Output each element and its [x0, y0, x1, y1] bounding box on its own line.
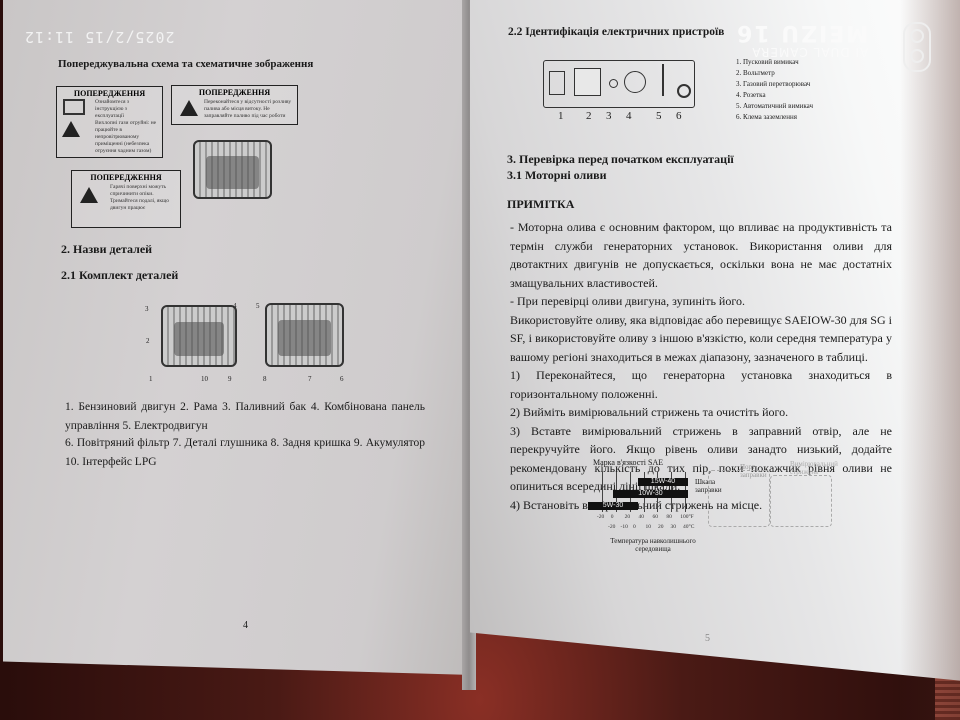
legend-item: 2. Вольтметр	[736, 69, 813, 77]
voltmeter-icon	[574, 68, 601, 96]
warning-title: ПОПЕРЕДЖЕННЯ	[57, 89, 162, 98]
callout-9: 9	[228, 375, 232, 383]
camera-tag: AI DUAL CAMERA	[735, 45, 868, 59]
legend-item: 3. Газовий перетворювач	[736, 80, 813, 88]
parts-list-1: 1. Бензиновий двигун 2. Рама 3. Паливний…	[65, 398, 425, 435]
panel-number: 1	[558, 110, 564, 122]
note-title: ПРИМІТКА	[507, 197, 574, 212]
callout-6: 6	[340, 375, 344, 383]
breaker-icon	[662, 64, 672, 96]
warning-text: Ознайомтеся з інструкцією з експлуатації	[95, 99, 157, 120]
paragraph: 2) Вийміть вимірювальний стрижень та очи…	[510, 403, 892, 422]
callout-2: 2	[146, 337, 150, 345]
callout-7: 7	[308, 375, 312, 383]
socket-icon	[624, 71, 646, 93]
warning-text: Переконайтеся у відсутності розливу пали…	[204, 99, 294, 120]
ground-terminal-icon	[677, 84, 691, 98]
book-icon	[63, 99, 85, 115]
dipstick-sketch	[770, 475, 832, 527]
panel-number: 4	[626, 110, 632, 122]
callout-8: 8	[263, 375, 267, 383]
warning-heading: Попереджувальна схема та схематичне зобр…	[58, 58, 313, 70]
warning-text: Гарячі поверхні можуть спричинити опіки.…	[110, 184, 175, 212]
left-page: Попереджувальна схема та схематичне зобр…	[3, 0, 473, 675]
start-switch-icon	[549, 71, 565, 95]
legend-item: 6. Клема заземлення	[736, 113, 813, 121]
legend-item: 5. Автоматичний вимикач	[736, 102, 813, 110]
camera-watermark: AI DUAL CAMERA MEIZU 16	[735, 20, 868, 59]
section-title: 2. Назви деталей	[61, 242, 152, 257]
callout-3: 3	[145, 305, 149, 313]
subsection-title: 3.1 Моторні оливи	[507, 168, 607, 183]
warning-triangle-icon	[180, 100, 198, 116]
paragraph: Використовуйте оливу, яка відповідає або…	[510, 311, 892, 367]
legend-item: 4. Розетка	[736, 91, 813, 99]
page-number: 4	[243, 620, 248, 631]
warning-box-2: ПОПЕРЕДЖЕННЯ Переконайтеся у відсутності…	[171, 85, 298, 125]
callout-1: 1	[149, 375, 153, 383]
warning-box-1: ПОПЕРЕДЖЕННЯ Ознайомтеся з інструкцією з…	[56, 86, 163, 158]
chart-xlabel: Температура навколишнього середовища	[598, 537, 708, 553]
gas-converter-icon	[609, 79, 618, 88]
camera-lens-icon	[903, 22, 931, 72]
paragraph: - Моторна олива є основним фактором, що …	[510, 218, 892, 292]
warning-box-3: ПОПЕРЕДЖЕННЯ Гарячі поверхні можуть спри…	[71, 170, 181, 228]
photo-timestamp: 2025/2/15 11:12	[24, 28, 174, 46]
oil-grade-bar: 5W-30	[588, 502, 638, 510]
subsection-title: 2.1 Комплект деталей	[61, 268, 178, 283]
section-title: 3. Перевірка перед початком експлуатації	[507, 152, 734, 167]
warning-title: ПОПЕРЕДЖЕННЯ	[172, 88, 297, 97]
panel-legend: 1. Пусковий вимикач 2. Вольтметр 3. Газо…	[736, 58, 813, 121]
right-page: 2.2 Ідентифікація електричних пристроїв …	[470, 0, 960, 695]
callout-5: 5	[256, 302, 260, 310]
paragraph: - При перевірці оливи двигуна, зупиніть …	[510, 292, 892, 311]
fill-port-label: Порт заправки	[740, 463, 780, 479]
page-fold-shadow	[900, 0, 960, 720]
control-panel-diagram	[543, 60, 695, 108]
oil-grade-bar: 10W-30	[613, 490, 688, 498]
warning-text: Вихлопні гази отруйні: не працюйте в неп…	[95, 120, 157, 155]
generator-rear-diagram	[265, 303, 344, 367]
dipstick-label: Вимірювальний стрижень	[790, 460, 850, 476]
oil-grade-bar: 15W-40	[638, 478, 688, 486]
panel-number: 3	[606, 110, 612, 122]
panel-section-title: 2.2 Ідентифікація електричних пристроїв	[508, 26, 724, 38]
generator-illustration	[193, 140, 272, 199]
panel-number: 5	[656, 110, 662, 122]
legend-item: 1. Пусковий вимикач	[736, 58, 813, 66]
hot-surface-icon	[80, 187, 98, 203]
camera-brand: MEIZU 16	[735, 20, 868, 45]
callout-4: 4	[233, 302, 237, 310]
generator-front-diagram	[161, 305, 237, 367]
panel-number: 2	[586, 110, 592, 122]
page-number: 5	[705, 633, 710, 644]
warning-title: ПОПЕРЕДЖЕННЯ	[72, 173, 180, 182]
parts-list-2: 6. Повітряний фільтр 7. Деталі глушника …	[65, 434, 425, 471]
panel-number: 6	[676, 110, 682, 122]
callout-10: 10	[201, 375, 208, 383]
warning-triangle-icon	[62, 121, 80, 137]
paragraph: 1) Переконайтеся, що генераторна установ…	[510, 366, 892, 403]
chart-title: Марка в'язкості SAE	[593, 458, 663, 467]
